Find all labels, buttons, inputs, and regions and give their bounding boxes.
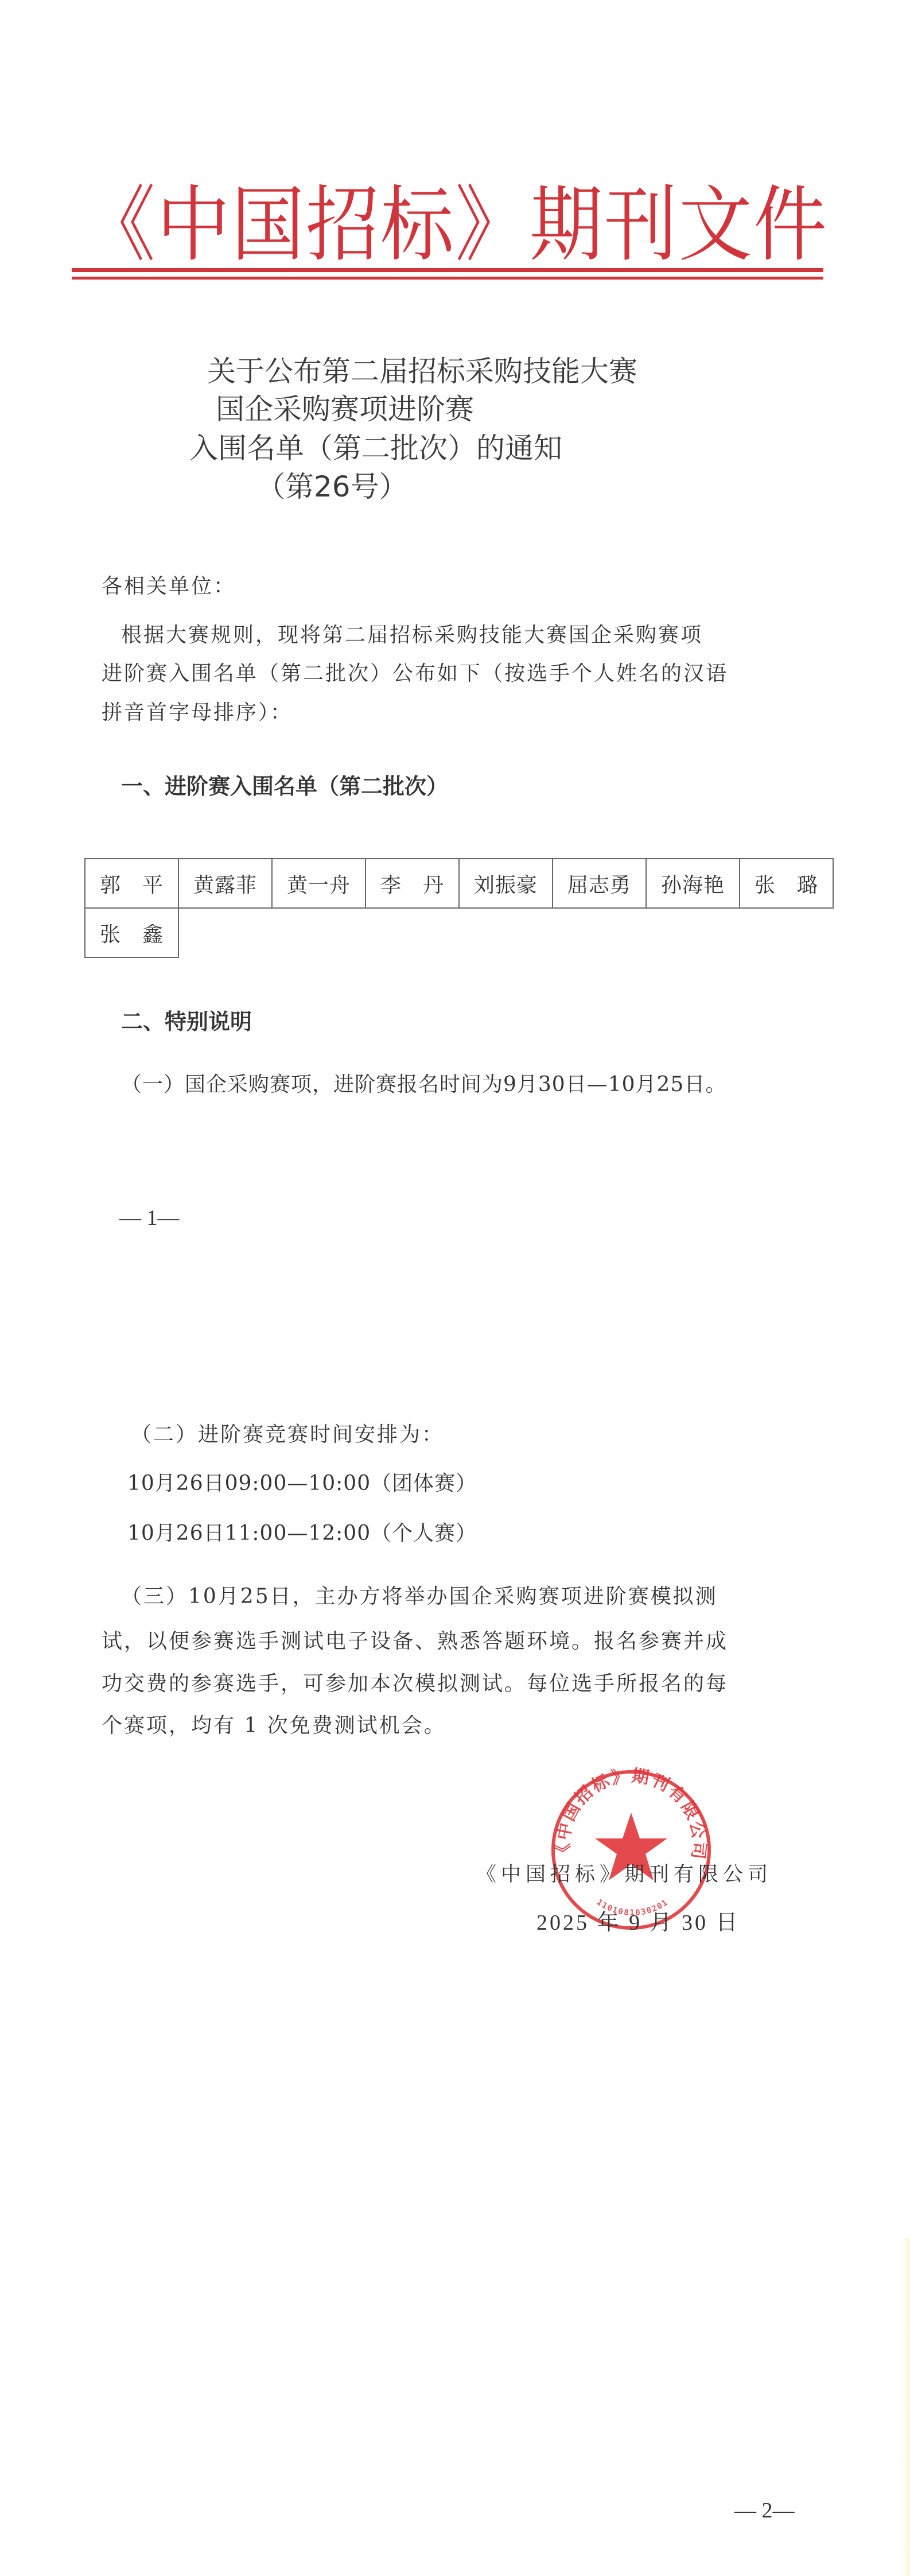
masthead-rule-thin bbox=[72, 277, 823, 280]
page-number-1: — 1— bbox=[119, 1205, 180, 1231]
section2-heading: 二、特别说明 bbox=[121, 1009, 252, 1034]
masthead-title: 《中国招标》期刊文件 bbox=[0, 177, 910, 274]
item3-line-1: （三）10月25日，主办方将举办国企采购赛项进阶赛模拟测 bbox=[121, 1584, 718, 1609]
intro-line-3: 拼音首字母排序）： bbox=[102, 700, 293, 726]
schedule-team: 10月26日09:00—10:00（团体赛） bbox=[127, 1471, 477, 1496]
doc-title-line-4: （第26号） bbox=[256, 470, 408, 504]
name-cell: 刘振豪 bbox=[459, 859, 553, 908]
doc-title-line-2: 国企采购赛项进阶赛 bbox=[216, 392, 474, 426]
item3-line-3: 功交费的参赛选手，可参加本次模拟测试。每位选手所报名的每 bbox=[102, 1671, 728, 1697]
name-cell: 张 璐 bbox=[740, 859, 833, 908]
name-cell: 张 鑫 bbox=[85, 908, 178, 957]
salutation: 各相关单位： bbox=[102, 574, 236, 599]
name-cell: 郭 平 bbox=[85, 859, 178, 908]
name-cell: 黄一舟 bbox=[272, 859, 365, 908]
masthead-rule-thick bbox=[72, 268, 823, 272]
item3-line-4: 个赛项，均有 1 次免费测试机会。 bbox=[102, 1713, 446, 1739]
section2-item2-title: （二）进阶赛竞赛时间安排为： bbox=[131, 1422, 444, 1448]
signature-date: 2025 年 9 月 30 日 bbox=[536, 1904, 740, 1936]
intro-line-1: 根据大赛规则，现将第二届招标采购技能大赛国企采购赛项 bbox=[121, 623, 703, 648]
schedule-individual: 10月26日11:00—12:00（个人赛） bbox=[127, 1521, 477, 1546]
name-cell: 孙海艳 bbox=[646, 859, 740, 908]
table-row: 张 鑫 bbox=[85, 908, 833, 957]
empty-cell bbox=[178, 908, 833, 957]
name-cell: 李 丹 bbox=[365, 859, 459, 908]
intro-line-2: 进阶赛入围名单（第二批次）公布如下（按选手个人姓名的汉语 bbox=[102, 661, 728, 686]
finalist-names-table: 郭 平 黄露菲 黄一舟 李 丹 刘振豪 屈志勇 孙海艳 张 璐 张 鑫 bbox=[84, 858, 834, 958]
signature-org: 《中国招标》期刊有限公司 bbox=[476, 1859, 772, 1887]
name-cell: 屈志勇 bbox=[553, 859, 646, 908]
item3-line-2: 试，以便参赛选手测试电子设备、熟悉答题环境。报名参赛并成 bbox=[102, 1629, 728, 1654]
page-number-2: — 2— bbox=[734, 2498, 795, 2523]
section2-item1: （一）国企采购赛项，进阶赛报名时间为9月30日—10月25日。 bbox=[121, 1072, 726, 1097]
section1-heading: 一、进阶赛入围名单（第二批次） bbox=[121, 774, 448, 799]
name-cell: 黄露菲 bbox=[178, 859, 272, 908]
table-row: 郭 平 黄露菲 黄一舟 李 丹 刘振豪 屈志勇 孙海艳 张 璐 bbox=[85, 859, 833, 908]
doc-title-line-1: 关于公布第二届招标采购技能大赛 bbox=[207, 354, 637, 389]
doc-title-line-3: 入围名单（第二批次）的通知 bbox=[189, 431, 562, 465]
scan-edge bbox=[900, 2239, 910, 2576]
